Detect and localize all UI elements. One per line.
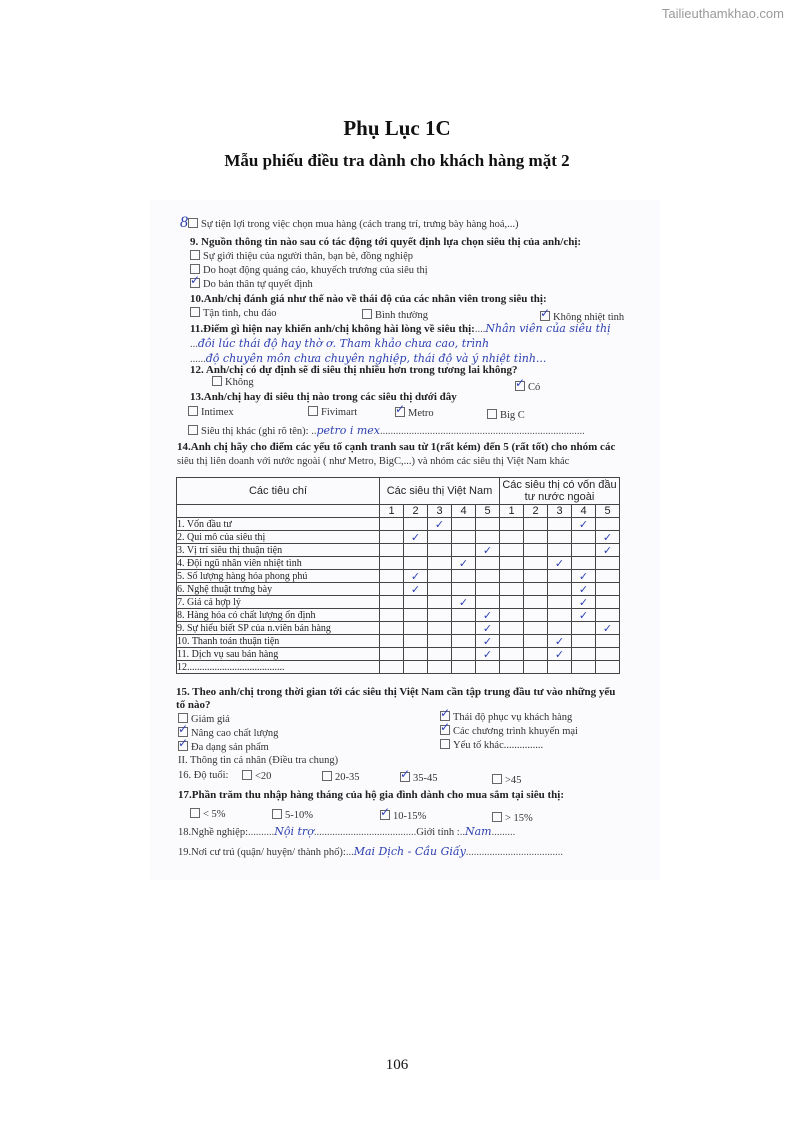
vn-score-cell-4[interactable]: ✓: [452, 596, 476, 609]
vn-score-cell-1[interactable]: [380, 635, 404, 648]
q16-label: 16. Độ tuổi:: [178, 770, 228, 781]
checkbox[interactable]: [308, 406, 318, 416]
foreign-score-cell-2[interactable]: [524, 635, 548, 648]
vn-score-cell-1[interactable]: [380, 557, 404, 570]
scale-header: 3: [428, 505, 452, 518]
foreign-score-cell-2[interactable]: [524, 570, 548, 583]
foreign-score-cell-3[interactable]: [548, 583, 572, 596]
vn-score-cell-5[interactable]: [476, 518, 500, 531]
foreign-score-cell-4[interactable]: [572, 661, 596, 674]
q14-question-1: 14.Anh chị hãy cho điểm các yếu tố cạnh …: [177, 441, 615, 453]
foreign-score-cell-4[interactable]: ✓: [572, 518, 596, 531]
table-row: 2. Qui mô của siêu thị✓✓: [177, 531, 620, 544]
foreign-score-cell-2[interactable]: [524, 531, 548, 544]
foreign-score-cell-4[interactable]: [572, 635, 596, 648]
criterion-label: 10. Thanh toán thuận tiện: [177, 635, 380, 648]
q16-option-1: <20: [242, 770, 271, 782]
q9-option-1: Sự giới thiệu của người thân, bạn bè, đồ…: [190, 250, 413, 262]
table-row: 8. Hàng hóa có chất lượng ổn định✓✓: [177, 609, 620, 622]
foreign-score-cell-4[interactable]: [572, 622, 596, 635]
gender-label: Giới tính :: [416, 827, 459, 838]
vn-score-cell-2[interactable]: [404, 635, 428, 648]
q11-answer-line-2: ...đôi lúc thái độ hay thờ ơ. Tham khảo …: [190, 337, 489, 350]
scale-header: 4: [452, 505, 476, 518]
foreign-score-cell-5[interactable]: [596, 570, 620, 583]
checkbox-checked[interactable]: [400, 772, 410, 782]
foreign-score-cell-5[interactable]: [596, 648, 620, 661]
foreign-score-cell-4[interactable]: [572, 557, 596, 570]
vn-score-cell-2[interactable]: [404, 596, 428, 609]
criterion-label: 11. Dịch vụ sau bán hàng: [177, 648, 380, 661]
foreign-score-cell-1[interactable]: [500, 557, 524, 570]
foreign-score-cell-2[interactable]: [524, 596, 548, 609]
scale-header: 2: [524, 505, 548, 518]
vn-score-cell-4[interactable]: ✓: [452, 557, 476, 570]
foreign-score-cell-5[interactable]: [596, 518, 620, 531]
scale-header: 1: [500, 505, 524, 518]
vn-score-cell-1[interactable]: [380, 544, 404, 557]
q10-option-2: Bình thường: [362, 309, 428, 321]
checkbox[interactable]: [272, 809, 282, 819]
vn-score-cell-1[interactable]: [380, 622, 404, 635]
foreign-score-cell-1[interactable]: [500, 531, 524, 544]
q18-label: 18.Nghề nghiệp:: [178, 827, 248, 838]
q12-option-no: Không: [212, 376, 254, 388]
vn-score-cell-4[interactable]: [452, 609, 476, 622]
header-vn: Các siêu thị Việt Nam: [380, 478, 500, 505]
foreign-score-cell-4[interactable]: ✓: [572, 609, 596, 622]
foreign-score-cell-3[interactable]: [548, 609, 572, 622]
vn-score-cell-3[interactable]: [428, 622, 452, 635]
q17-question: 17.Phần trăm thu nhập hàng tháng của hộ …: [178, 789, 564, 801]
foreign-score-cell-4[interactable]: [572, 531, 596, 544]
foreign-score-cell-3[interactable]: [548, 596, 572, 609]
q13-question: 13.Anh/chị hay đi siêu thị nào trong các…: [190, 391, 457, 403]
foreign-score-cell-1[interactable]: [500, 570, 524, 583]
table-row: 4. Đội ngũ nhân viên nhiệt tình✓✓: [177, 557, 620, 570]
foreign-score-cell-1[interactable]: [500, 609, 524, 622]
vn-score-cell-5[interactable]: [476, 661, 500, 674]
checkbox-checked[interactable]: [515, 381, 525, 391]
foreign-score-cell-3[interactable]: [548, 661, 572, 674]
page-title: Phụ Lục 1C: [0, 116, 794, 141]
scale-header: 5: [476, 505, 500, 518]
q14-question-2: siêu thị liên doanh với nước ngoài ( như…: [177, 456, 569, 467]
foreign-score-cell-3[interactable]: ✓: [548, 635, 572, 648]
q13-other: Siêu thị khác (ghi rõ tên): ..petro i me…: [188, 424, 585, 437]
checkbox[interactable]: [188, 425, 198, 435]
checkbox[interactable]: [242, 770, 252, 780]
foreign-score-cell-3[interactable]: [548, 544, 572, 557]
foreign-score-cell-4[interactable]: [572, 648, 596, 661]
q9-option-3: Do bản thân tự quyết định: [190, 278, 313, 290]
vn-score-cell-3[interactable]: ✓: [428, 518, 452, 531]
q17-option-2: 5-10%: [272, 809, 313, 821]
table-row: 6. Nghệ thuật trưng bày✓✓: [177, 583, 620, 596]
checkbox[interactable]: [492, 774, 502, 784]
rating-table: Các tiêu chí Các siêu thị Việt Nam Các s…: [176, 477, 620, 674]
vn-score-cell-4[interactable]: [452, 570, 476, 583]
q13-option-intimex: Intimex: [188, 406, 234, 418]
vn-score-cell-3[interactable]: [428, 661, 452, 674]
foreign-score-cell-5[interactable]: ✓: [596, 544, 620, 557]
q16-option-2: 20-35: [322, 771, 360, 783]
q13-option-metro: Metro: [395, 407, 434, 419]
vn-score-cell-1[interactable]: [380, 596, 404, 609]
vn-score-cell-2[interactable]: [404, 544, 428, 557]
checkbox[interactable]: [487, 409, 497, 419]
foreign-score-cell-5[interactable]: [596, 661, 620, 674]
checkbox-checked[interactable]: [540, 311, 550, 321]
q15-question-2: tố nào?: [176, 699, 211, 711]
foreign-score-cell-1[interactable]: [500, 622, 524, 635]
q17-option-4: > 15%: [492, 812, 533, 824]
foreign-score-cell-1[interactable]: [500, 518, 524, 531]
foreign-score-cell-1[interactable]: [500, 648, 524, 661]
q16-option-4: >45: [492, 774, 521, 786]
foreign-score-cell-1[interactable]: [500, 544, 524, 557]
q15-option-4: Thái độ phục vụ khách hàng: [440, 711, 572, 723]
vn-score-cell-4[interactable]: [452, 622, 476, 635]
foreign-score-cell-3[interactable]: [548, 622, 572, 635]
vn-score-cell-3[interactable]: [428, 557, 452, 570]
vn-score-cell-1[interactable]: [380, 583, 404, 596]
vn-score-cell-3[interactable]: [428, 596, 452, 609]
foreign-score-cell-1[interactable]: [500, 661, 524, 674]
checkbox-checked[interactable]: [190, 278, 200, 288]
foreign-score-cell-3[interactable]: ✓: [548, 557, 572, 570]
vn-score-cell-2[interactable]: ✓: [404, 531, 428, 544]
vn-score-cell-2[interactable]: [404, 648, 428, 661]
q16-option-3: 35-45: [400, 772, 438, 784]
vn-score-cell-3[interactable]: [428, 583, 452, 596]
q8-option: 8Sự tiện lợi trong việc chọn mua hàng (c…: [180, 214, 519, 232]
criterion-label: 8. Hàng hóa có chất lượng ổn định: [177, 609, 380, 622]
vn-score-cell-5[interactable]: [476, 531, 500, 544]
checkbox[interactable]: [190, 808, 200, 818]
foreign-score-cell-5[interactable]: [596, 635, 620, 648]
q9-option-2: Do hoạt động quảng cáo, khuyếch trương c…: [190, 264, 428, 276]
vn-score-cell-1[interactable]: [380, 648, 404, 661]
watermark: Tailieuthamkhao.com: [662, 6, 784, 21]
vn-score-cell-2[interactable]: [404, 661, 428, 674]
table-row: 10. Thanh toán thuận tiện✓✓: [177, 635, 620, 648]
vn-score-cell-1[interactable]: [380, 518, 404, 531]
q15-option-3: Đa dạng sản phẩm: [178, 741, 269, 753]
residence-value[interactable]: Mai Dịch - Cầu Giấy: [354, 845, 466, 858]
foreign-score-cell-5[interactable]: ✓: [596, 531, 620, 544]
q9-question: 9. Nguồn thông tin nào sau có tác động t…: [190, 236, 581, 248]
foreign-score-cell-2[interactable]: [524, 544, 548, 557]
q15-question-1: 15. Theo anh/chị trong thời gian tới các…: [176, 686, 615, 698]
foreign-score-cell-2[interactable]: [524, 518, 548, 531]
criterion-label: 1. Vốn đầu tư: [177, 518, 380, 531]
scale-row: 1234512345: [177, 505, 620, 518]
q11-row: 11.Điểm gì hiện nay khiến anh/chị không …: [190, 322, 611, 335]
vn-score-cell-1[interactable]: [380, 531, 404, 544]
checkbox[interactable]: [190, 307, 200, 317]
vn-score-cell-5[interactable]: ✓: [476, 609, 500, 622]
vn-score-cell-3[interactable]: [428, 635, 452, 648]
criterion-label: 7. Giá cả hợp lý: [177, 596, 380, 609]
foreign-score-cell-5[interactable]: [596, 596, 620, 609]
q15-option-6: Yếu tố khác...............: [440, 739, 543, 751]
vn-score-cell-3[interactable]: [428, 648, 452, 661]
q19-label: 19.Nơi cư trú (quận/ huyện/ thành phố):: [178, 847, 346, 858]
vn-score-cell-5[interactable]: ✓: [476, 544, 500, 557]
q12-question: 12. Anh/chị có dự định sẽ đi siêu thị nh…: [190, 364, 517, 376]
foreign-score-cell-1[interactable]: [500, 596, 524, 609]
checkbox[interactable]: [188, 218, 198, 228]
foreign-score-cell-3[interactable]: [548, 570, 572, 583]
table-row: 1. Vốn đầu tư✓✓: [177, 518, 620, 531]
vn-score-cell-5[interactable]: ✓: [476, 648, 500, 661]
criterion-label: 9. Sự hiểu biết SP của n.viên bán hàng: [177, 622, 380, 635]
q11-question: 11.Điểm gì hiện nay khiến anh/chị không …: [190, 323, 475, 335]
scale-header: 1: [380, 505, 404, 518]
scale-header: 5: [596, 505, 620, 518]
vn-score-cell-1[interactable]: [380, 661, 404, 674]
q17-option-1: < 5%: [190, 808, 226, 820]
vn-score-cell-5[interactable]: [476, 557, 500, 570]
checkbox[interactable]: [440, 739, 450, 749]
vn-score-cell-3[interactable]: [428, 544, 452, 557]
scale-header: 3: [548, 505, 572, 518]
vn-score-cell-3[interactable]: [428, 570, 452, 583]
vn-score-cell-2[interactable]: [404, 622, 428, 635]
table-row: 9. Sự hiểu biết SP của n.viên bán hàng✓✓: [177, 622, 620, 635]
vn-score-cell-4[interactable]: [452, 661, 476, 674]
scale-header: 4: [572, 505, 596, 518]
q15-option-5: Các chương trình khuyến mại: [440, 725, 578, 737]
vn-score-cell-2[interactable]: [404, 609, 428, 622]
vn-score-cell-5[interactable]: ✓: [476, 622, 500, 635]
table-row: 12......................................…: [177, 661, 620, 674]
page-subtitle: Mẫu phiếu điều tra dành cho khách hàng m…: [0, 151, 794, 171]
q13-option-bigc: Big C: [487, 409, 525, 421]
vn-score-cell-4[interactable]: [452, 531, 476, 544]
checkbox[interactable]: [212, 376, 222, 386]
vn-score-cell-4[interactable]: [452, 648, 476, 661]
header-foreign: Các siêu thị có vốn đầu tư nước ngoài: [500, 478, 620, 505]
page-number: 106: [0, 1057, 794, 1074]
foreign-score-cell-3[interactable]: [548, 531, 572, 544]
vn-score-cell-2[interactable]: [404, 557, 428, 570]
vn-score-cell-5[interactable]: ✓: [476, 635, 500, 648]
section-personal-info: II. Thông tin cá nhân (Điều tra chung): [178, 755, 338, 766]
vn-score-cell-1[interactable]: [380, 570, 404, 583]
foreign-score-cell-2[interactable]: [524, 557, 548, 570]
foreign-score-cell-3[interactable]: ✓: [548, 648, 572, 661]
table-row: 5. Số lượng hàng hóa phong phú✓✓: [177, 570, 620, 583]
checkbox[interactable]: [492, 812, 502, 822]
foreign-score-cell-2[interactable]: [524, 583, 548, 596]
q19-row: 19.Nơi cư trú (quận/ huyện/ thành phố):.…: [178, 845, 563, 858]
vn-score-cell-3[interactable]: [428, 609, 452, 622]
table-row: 11. Dịch vụ sau bán hàng✓✓: [177, 648, 620, 661]
q13-option-fivimart: Fivimart: [308, 406, 357, 418]
foreign-score-cell-1[interactable]: [500, 583, 524, 596]
vn-score-cell-2[interactable]: ✓: [404, 570, 428, 583]
q17-option-3: 10-15%: [380, 810, 426, 822]
foreign-score-cell-2[interactable]: [524, 622, 548, 635]
foreign-score-cell-2[interactable]: [524, 648, 548, 661]
vn-score-cell-2[interactable]: [404, 518, 428, 531]
q11-answer-1[interactable]: Nhân viên của siêu thị: [485, 322, 610, 335]
vn-score-cell-3[interactable]: [428, 531, 452, 544]
checkbox-checked[interactable]: [380, 810, 390, 820]
occupation-value[interactable]: Nội trợ: [274, 825, 314, 838]
vn-score-cell-5[interactable]: [476, 596, 500, 609]
foreign-score-cell-4[interactable]: [572, 544, 596, 557]
foreign-score-cell-4[interactable]: ✓: [572, 583, 596, 596]
q12-option-yes: Có: [515, 381, 540, 393]
gender-value[interactable]: Nam: [465, 825, 492, 838]
criterion-label: 6. Nghệ thuật trưng bày: [177, 583, 380, 596]
criterion-label: 2. Qui mô của siêu thị: [177, 531, 380, 544]
foreign-score-cell-5[interactable]: ✓: [596, 622, 620, 635]
q10-option-1: Tận tình, chu đáo: [190, 307, 276, 319]
q18-row: 18.Nghề nghiệp:..........Nội trợ........…: [178, 825, 515, 838]
vn-score-cell-5[interactable]: [476, 583, 500, 596]
foreign-score-cell-5[interactable]: [596, 557, 620, 570]
criterion-label: 4. Đội ngũ nhân viên nhiệt tình: [177, 557, 380, 570]
foreign-score-cell-4[interactable]: ✓: [572, 570, 596, 583]
checkbox[interactable]: [190, 250, 200, 260]
option-label: Sự tiện lợi trong việc chọn mua hàng (cá…: [201, 219, 519, 230]
table-row: 3. Vị trí siêu thị thuận tiện✓✓: [177, 544, 620, 557]
foreign-score-cell-4[interactable]: ✓: [572, 596, 596, 609]
foreign-score-cell-3[interactable]: [548, 518, 572, 531]
handwritten-number: 8: [180, 214, 188, 231]
foreign-score-cell-1[interactable]: [500, 635, 524, 648]
scale-header: 2: [404, 505, 428, 518]
vn-score-cell-4[interactable]: [452, 544, 476, 557]
vn-score-cell-4[interactable]: [452, 635, 476, 648]
vn-score-cell-5[interactable]: [476, 570, 500, 583]
vn-score-cell-4[interactable]: [452, 518, 476, 531]
criterion-label: 3. Vị trí siêu thị thuận tiện: [177, 544, 380, 557]
header-criteria: Các tiêu chí: [177, 478, 380, 505]
checkbox-checked[interactable]: [440, 725, 450, 735]
criterion-label: 5. Số lượng hàng hóa phong phú: [177, 570, 380, 583]
checkbox-checked[interactable]: [395, 407, 405, 417]
q15-option-2: Nâng cao chất lượng: [178, 727, 278, 739]
table-row: 7. Giá cả hợp lý✓✓: [177, 596, 620, 609]
checkbox[interactable]: [188, 406, 198, 416]
checkbox[interactable]: [322, 771, 332, 781]
vn-score-cell-1[interactable]: [380, 609, 404, 622]
checkbox-checked[interactable]: [178, 741, 188, 751]
foreign-score-cell-5[interactable]: [596, 609, 620, 622]
vn-score-cell-2[interactable]: ✓: [404, 583, 428, 596]
q10-question: 10.Anh/chị đánh giá như thế nào về thái …: [190, 293, 547, 305]
criterion-label: 12......................................…: [177, 661, 380, 674]
checkbox[interactable]: [362, 309, 372, 319]
foreign-score-cell-2[interactable]: [524, 661, 548, 674]
foreign-score-cell-2[interactable]: [524, 609, 548, 622]
foreign-score-cell-5[interactable]: [596, 583, 620, 596]
q13-other-value[interactable]: petro i mex: [316, 424, 380, 437]
vn-score-cell-4[interactable]: [452, 583, 476, 596]
